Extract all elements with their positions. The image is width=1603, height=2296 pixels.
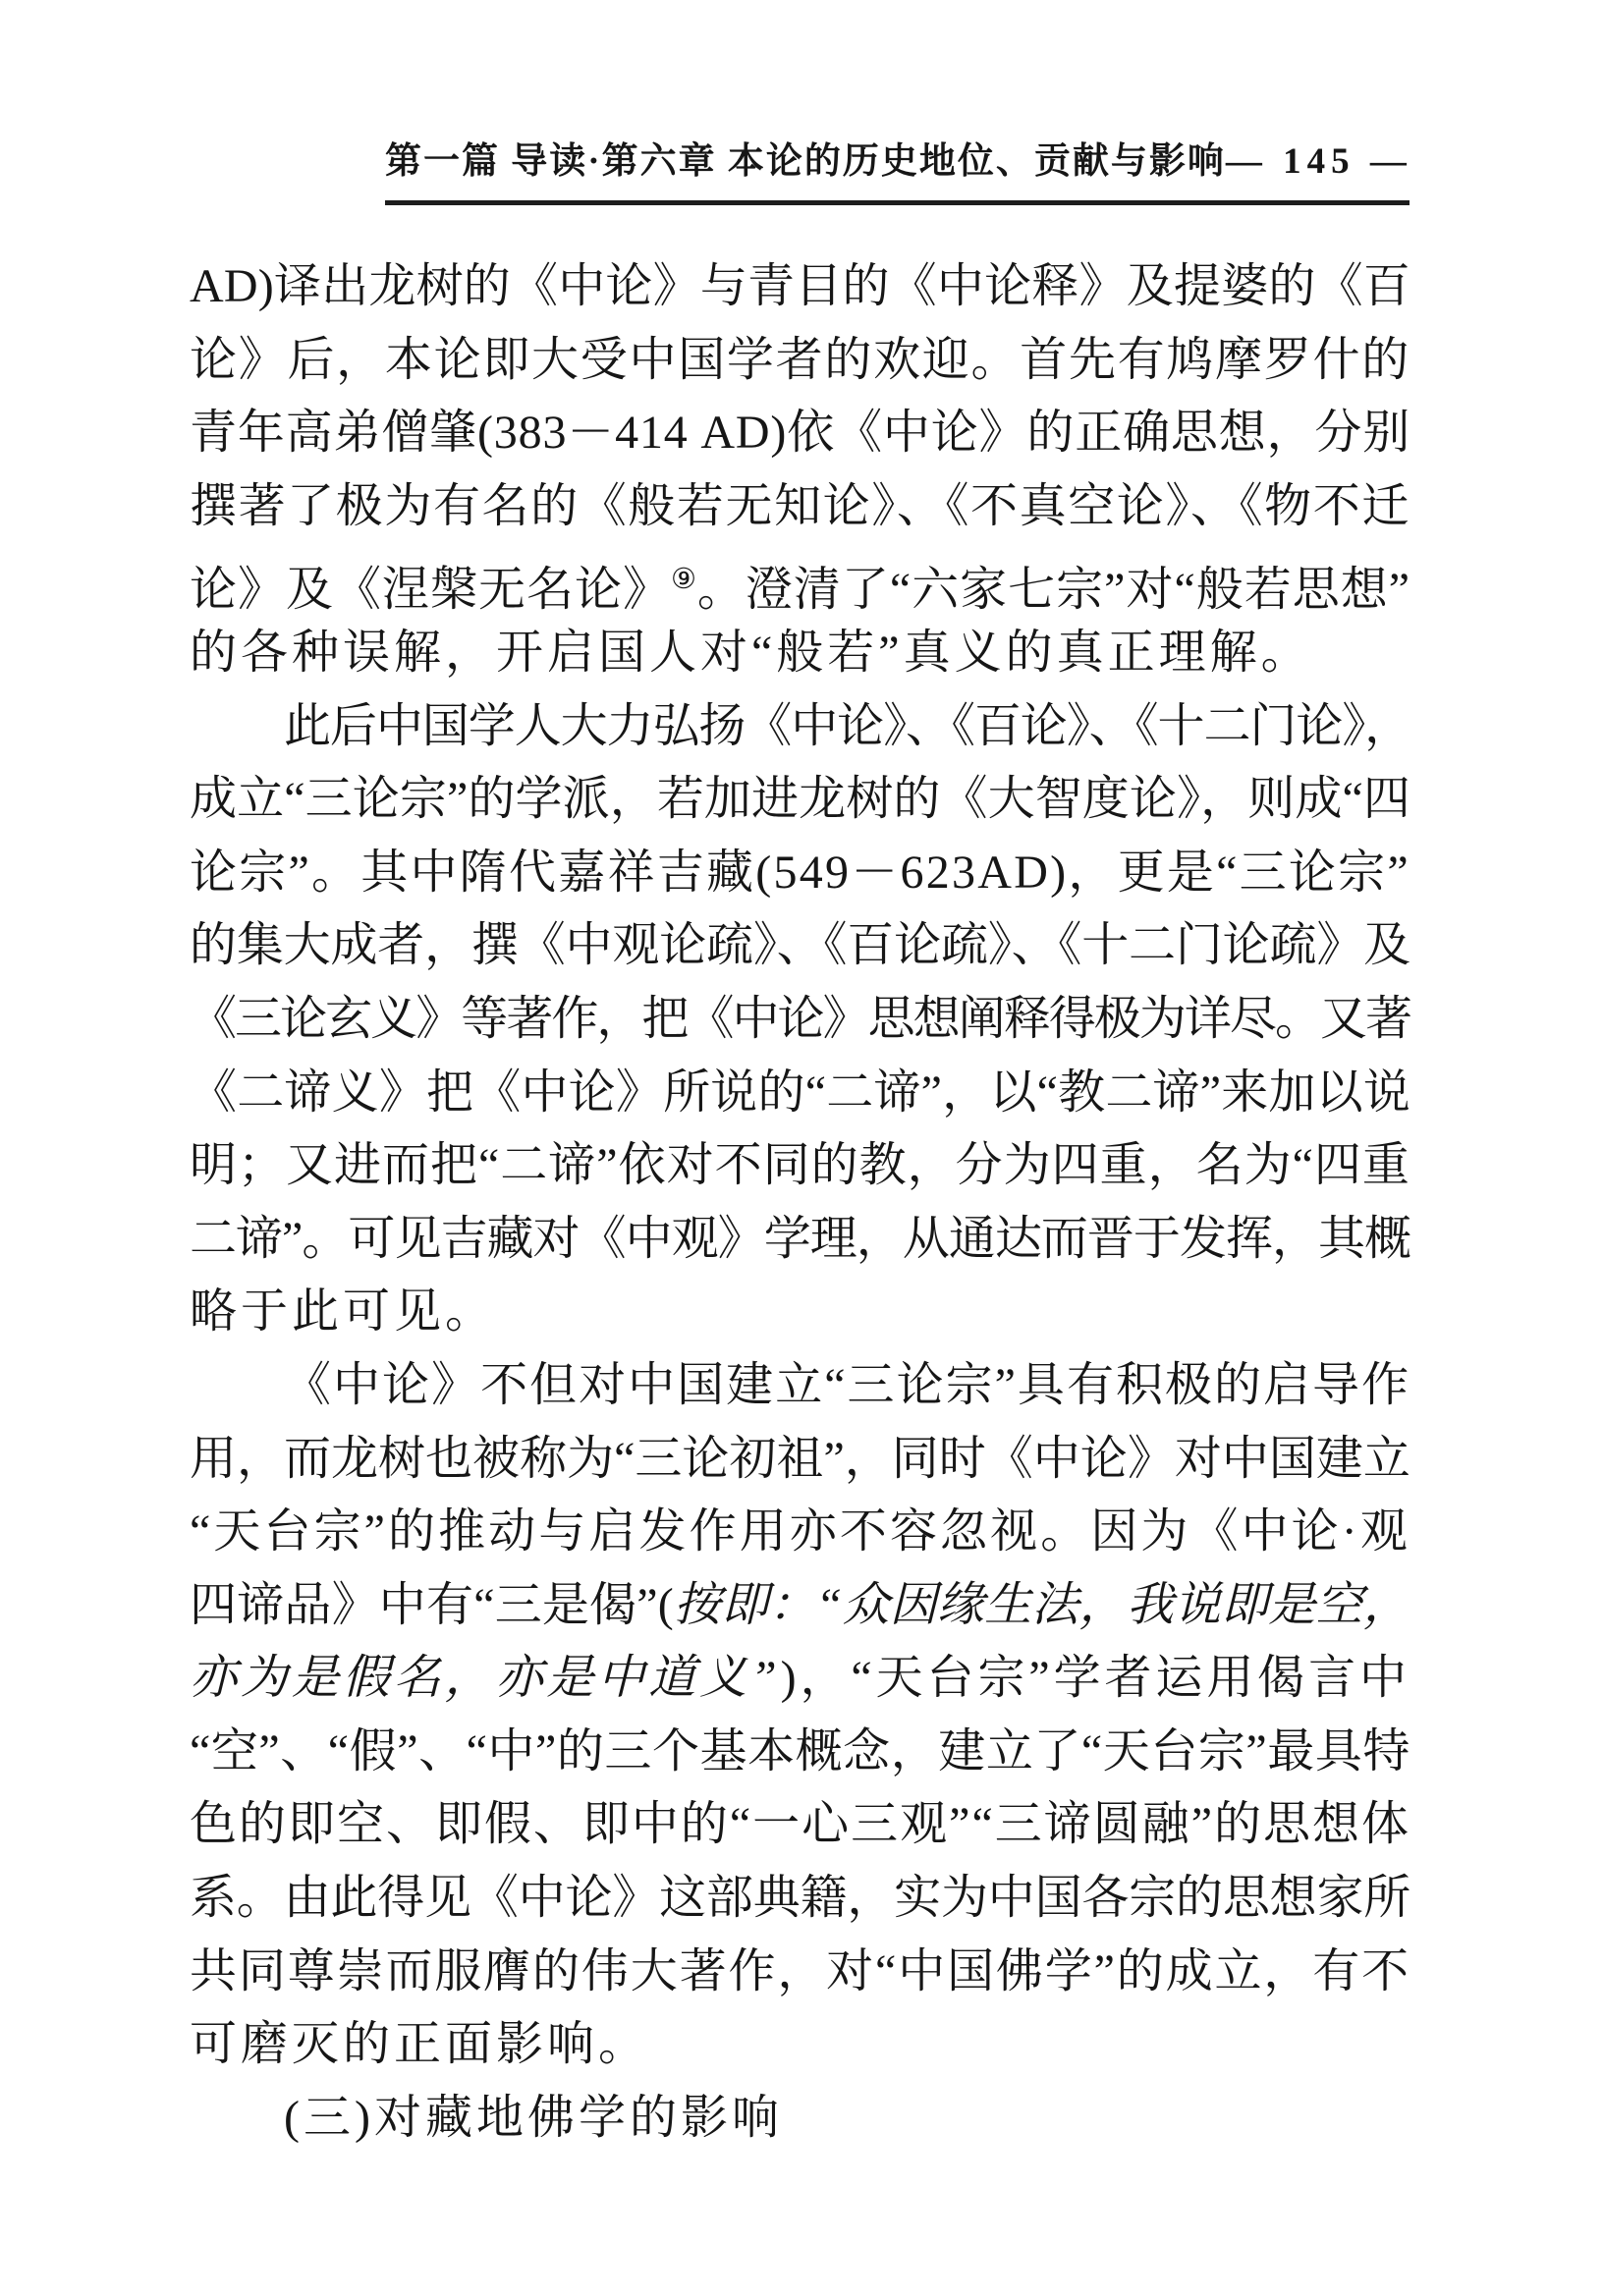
text-line: AD)译出龙树的《中论》与青目的《中论释》及提婆的《百 (190, 250, 1410, 324)
text-line: (三)对藏地佛学的影响 (190, 2082, 1410, 2156)
text-line: 系。由此得见《中论》这部典籍，实为中国各宗的思想家所 (190, 1862, 1410, 1936)
text-line: 的各种误解，开启国人对“般若”真义的真正理解。 (190, 617, 1410, 690)
text-line: 论宗”。其中隋代嘉祥吉藏(549－623AD)，更是“三论宗” (190, 837, 1410, 910)
text-line: 此后中国学人大力弘扬《中论》、《百论》、《十二门论》， (190, 690, 1410, 764)
text-line: 色的即空、即假、即中的“一心三观”“三谛圆融”的思想体 (190, 1788, 1410, 1862)
text-line: 亦为是假名，亦是中道义”)，“天台宗”学者运用偈言中 (190, 1642, 1410, 1716)
book-page: 第一篇 导读·第六章 本论的历史地位、贡献与影响 — 145 — AD)译出龙树… (0, 0, 1603, 2296)
text-line: 《三论玄义》等著作，把《中论》思想阐释得极为详尽。又著 (190, 983, 1410, 1057)
text-line: 论》及《涅槃无名论》⑨。澄清了“六家七宗”对“般若思想” (190, 543, 1410, 617)
body-text: AD)译出龙树的《中论》与青目的《中论释》及提婆的《百论》后，本论即大受中国学者… (190, 250, 1410, 2155)
text-line: “天台宗”的推动与启发作用亦不容忽视。因为《中论·观 (190, 1496, 1410, 1569)
text-line: 论》后，本论即大受中国学者的欢迎。首先有鸠摩罗什的 (190, 324, 1410, 398)
text-line: “空”、“假”、“中”的三个基本概念，建立了“天台宗”最具特 (190, 1716, 1410, 1789)
text-line: 《中论》不但对中国建立“三论宗”具有积极的启导作 (190, 1349, 1410, 1423)
text-line: 共同尊崇而服膺的伟大著作，对“中国佛学”的成立，有不 (190, 1936, 1410, 2009)
text-line: 明；又进而把“二谛”依对不同的教，分为四重，名为“四重 (190, 1129, 1410, 1203)
text-line: 二谛”。可见吉藏对《中观》学理，从通达而晋于发挥，其概 (190, 1203, 1410, 1277)
text-line: 用，而龙树也被称为“三论初祖”，同时《中论》对中国建立 (190, 1423, 1410, 1497)
text-line: 《二谛义》把《中论》所说的“二谛”，以“教二谛”来加以说 (190, 1057, 1410, 1130)
text-line: 成立“三论宗”的学派，若加进龙树的《大智度论》，则成“四 (190, 763, 1410, 837)
text-line: 撰著了极为有名的《般若无知论》、《不真空论》、《物不迁 (190, 470, 1410, 544)
running-header: 第一篇 导读·第六章 本论的历史地位、贡献与影响 — 145 — (385, 137, 1410, 205)
text-line: 青年高弟僧肇(383－414 AD)依《中论》的正确思想，分别 (190, 397, 1410, 470)
page-number: — 145 — (1226, 137, 1412, 187)
text-line: 可磨灭的正面影响。 (190, 2008, 1410, 2082)
text-line: 四谛品》中有“三是偈”(按即：“众因缘生法，我说即是空， (190, 1569, 1410, 1643)
text-line: 略于此可见。 (190, 1276, 1410, 1349)
text-line: 的集大成者，撰《中观论疏》、《百论疏》、《十二门论疏》及 (190, 909, 1410, 983)
chapter-title: 第一篇 导读·第六章 本论的历史地位、贡献与影响 (385, 137, 1226, 187)
